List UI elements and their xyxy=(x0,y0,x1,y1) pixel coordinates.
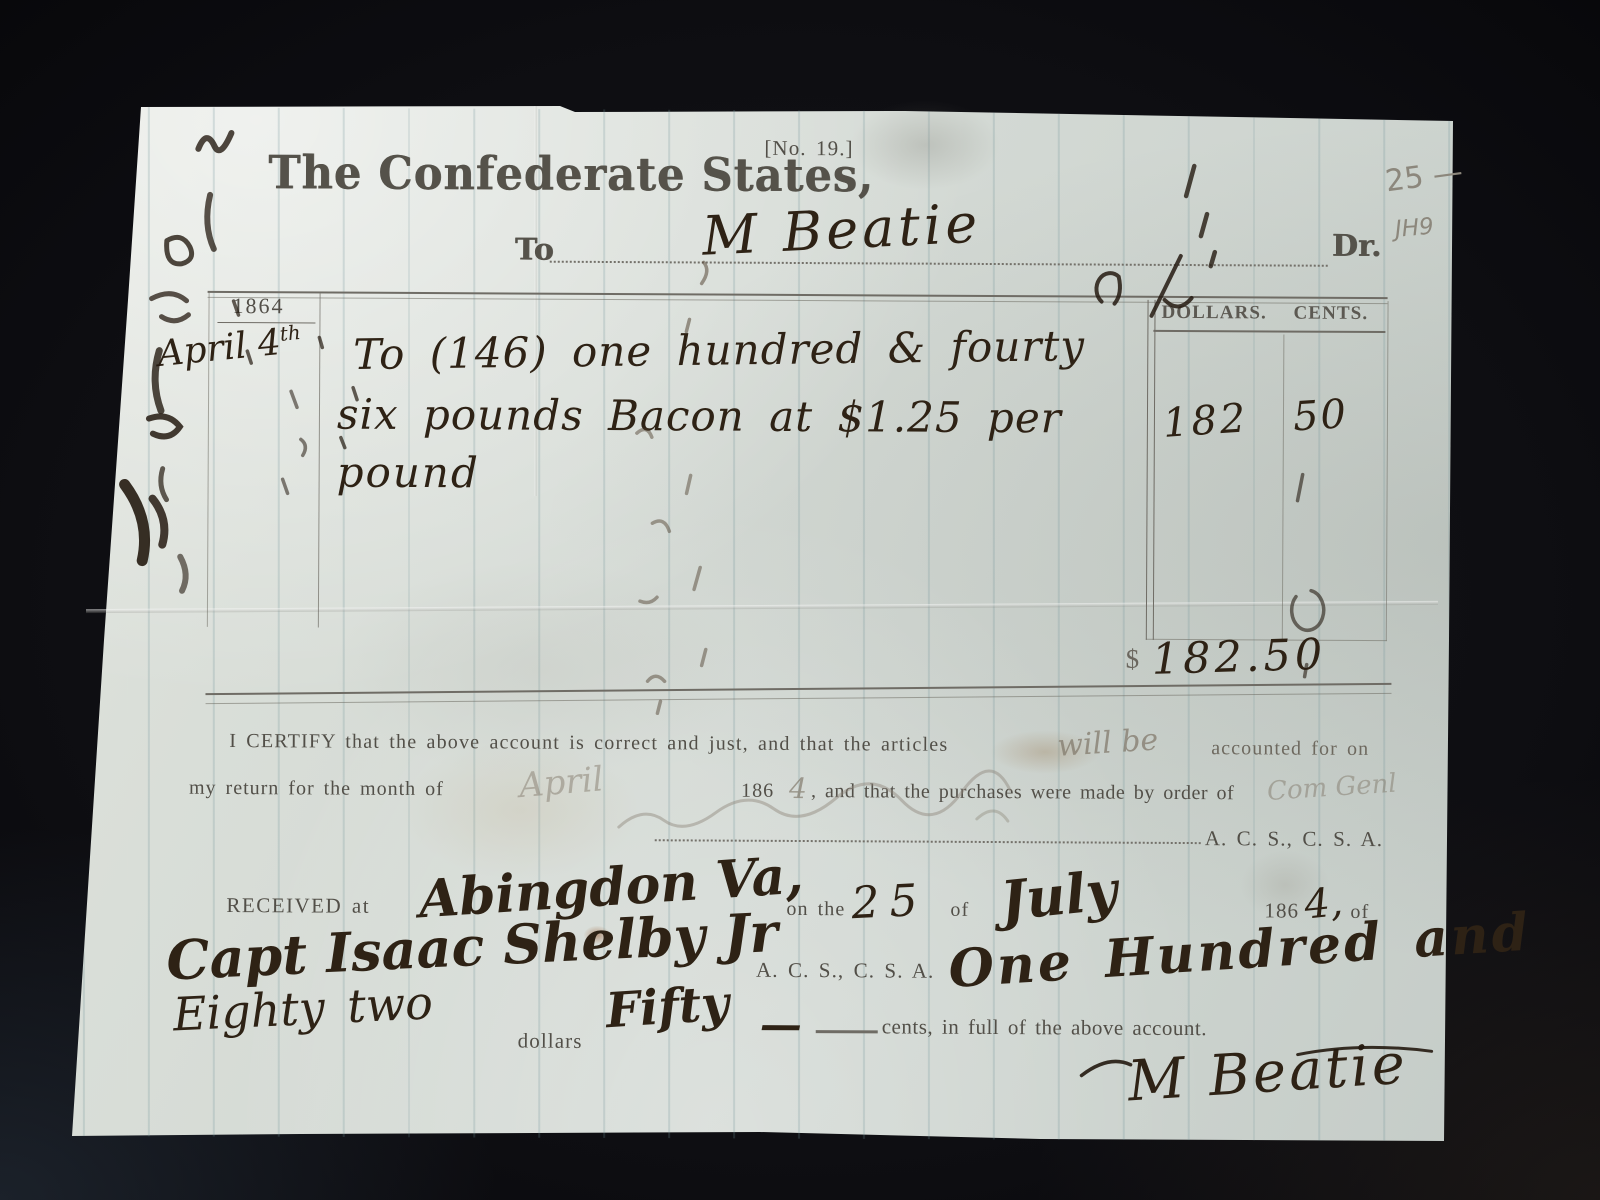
certify-order-handwritten: Com Genl xyxy=(1266,769,1397,807)
document-title: The Confederate States, xyxy=(268,145,874,202)
cents-label: cents, in full of the above account. xyxy=(882,1014,1207,1041)
ink-smudge xyxy=(151,294,188,321)
certify-articles-handwritten: will be xyxy=(1056,722,1159,763)
certify-line1-end: accounted for on xyxy=(1211,737,1369,761)
ink-smudge xyxy=(161,469,167,500)
entry-line-3: pound xyxy=(337,448,480,498)
amount-column-double-rule xyxy=(1146,300,1156,640)
dollars-header: DOLLARS. xyxy=(1161,302,1267,325)
amount-words-line2: Eighty two xyxy=(172,975,434,1041)
receipt-document: [No. 19.] The Confederate States, To M B… xyxy=(0,0,1600,1200)
cents-words-handwritten: Fifty xyxy=(604,975,730,1039)
ink-smudge xyxy=(283,391,306,493)
signature-handwritten: M Beatie xyxy=(1126,1031,1410,1114)
ink-notation xyxy=(1096,273,1120,304)
payee-name-handwritten: M Beatie xyxy=(701,192,983,268)
date-column-rule xyxy=(318,293,321,627)
photo-canvas: { "document": { "number_label": "[No. 19… xyxy=(0,0,1600,1200)
entry-date-handwritten: April 4th xyxy=(156,320,304,375)
divider-rule-bottom xyxy=(206,693,1392,704)
month-handwritten: July xyxy=(998,858,1120,933)
entry-line-1: To (146) one hundred & fourty xyxy=(353,321,1085,379)
cents-header: CENTS. xyxy=(1293,303,1368,325)
amount-header-underline xyxy=(1153,330,1385,333)
received-at-label: RECEIVED at xyxy=(226,893,370,919)
entry-date-text: April 4 xyxy=(156,322,283,375)
certify-year-digit: 4 xyxy=(789,772,807,805)
bleed-through-mark xyxy=(635,429,706,713)
cents-dash-handwritten: — xyxy=(760,1000,802,1049)
ink-stroke xyxy=(1186,166,1216,266)
certify-year-printed: 186 xyxy=(741,780,774,803)
entry-line-2: six pounds Bacon at $1.25 per xyxy=(337,390,1062,443)
bleed-through-mark xyxy=(686,262,706,331)
certify-acs-label: A. C. S., C. S. A. xyxy=(1205,826,1383,852)
amount-right-rule xyxy=(1386,301,1389,641)
pencil-note-number: 25 — xyxy=(1383,154,1465,199)
dollars-value: 182 xyxy=(1162,395,1250,446)
to-label: To xyxy=(515,233,554,268)
faint-pencil-signature xyxy=(977,811,1008,821)
ink-smudge xyxy=(198,133,231,151)
divider-rule-top xyxy=(205,683,1391,695)
day-handwritten: 25 xyxy=(850,875,928,930)
year-printed: 1864 xyxy=(232,293,284,319)
certify-line1: I CERTIFY that the above account is corr… xyxy=(229,730,948,757)
printed-dash xyxy=(816,1030,878,1033)
total-value-handwritten: 182.50 xyxy=(1151,630,1327,685)
ink-smudge xyxy=(167,237,192,264)
ink-smudge xyxy=(124,484,145,560)
section-divider-rules xyxy=(205,683,1391,707)
entry-date-ordinal: th xyxy=(279,321,302,346)
certify-line2-end: , and that the purchases were made by or… xyxy=(811,780,1234,805)
on-the-label: on the xyxy=(786,898,845,921)
ink-smudge xyxy=(180,557,186,591)
certify-line2: my return for the month of xyxy=(189,777,444,801)
signature-lead-stroke xyxy=(1082,1061,1131,1075)
ink-smudge xyxy=(149,416,180,436)
dollars-label: dollars xyxy=(518,1029,583,1054)
cents-separator-rule xyxy=(1282,335,1285,641)
receipt-acs-label: A. C. S., C. S. A. xyxy=(756,958,934,984)
of-label: of xyxy=(950,899,969,922)
payee-dotted-line xyxy=(550,261,1328,267)
total-currency-symbol: $ xyxy=(1126,644,1141,675)
certify-month-handwritten: April xyxy=(518,759,605,806)
ink-smudge xyxy=(207,195,214,249)
cents-value: 50 xyxy=(1292,391,1350,440)
pencil-note-initials: JH9 xyxy=(1394,214,1435,243)
certify-signature-dotted-line xyxy=(655,839,1201,844)
ink-smudge xyxy=(152,499,164,545)
dr-label: Dr. xyxy=(1332,229,1382,264)
